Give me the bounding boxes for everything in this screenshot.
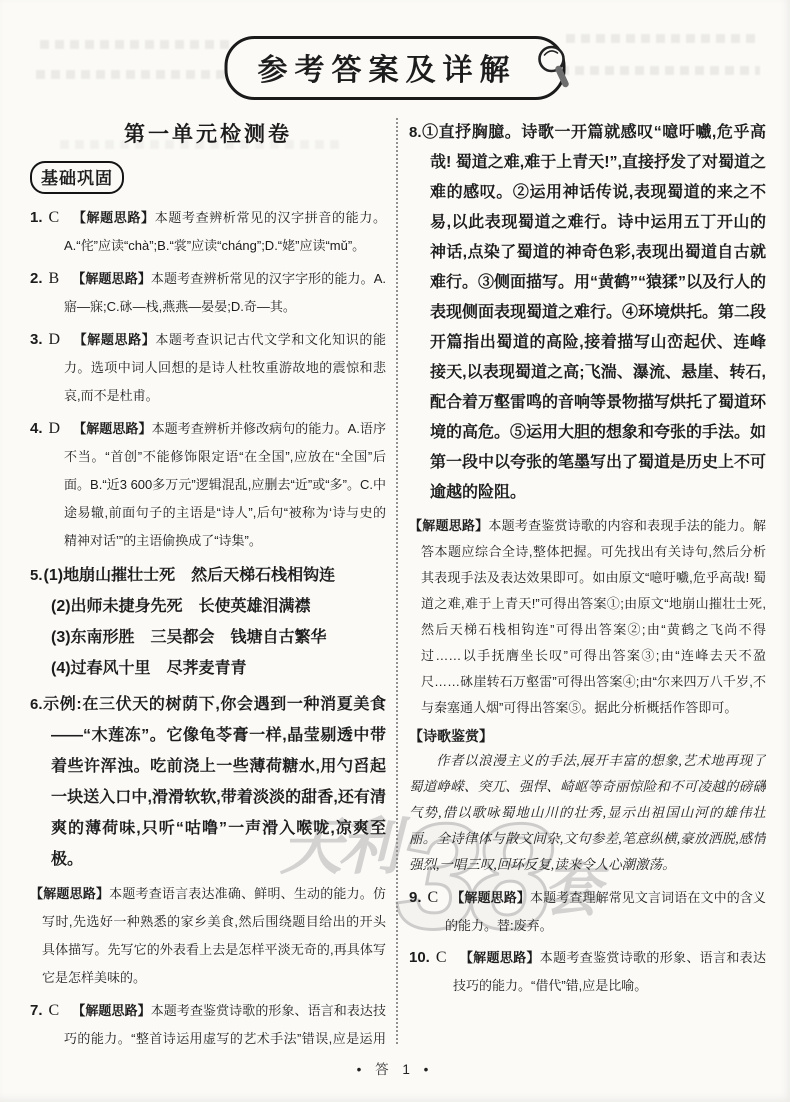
right-column: 8.①直抒胸臆。诗歌一开篇就感叹“噫吁嚱,危乎高哉! 蜀道之难,难于上青天!”,… xyxy=(409,118,766,1048)
bleedthrough-text xyxy=(40,40,230,49)
answer-item-7: 7.C【解题思路】本题考查鉴赏诗歌的形象、语言和表达技巧的能力。“整首诗运用虚写… xyxy=(30,997,386,1048)
answer-letter: D xyxy=(49,331,61,348)
answer-line: 5.(1)地崩山摧壮士死 然后天梯石栈相钩连 xyxy=(30,560,386,591)
explanation-label: 【解题思路】 xyxy=(409,518,488,533)
explanation-text: 本题考查辨析并修改病句的能力。A.语序不当。“首创”不能修饰限定语“在全国”,应… xyxy=(64,421,386,548)
answer-text: 示例:在三伏天的树荫下,你会遇到一种消夏美食——“木莲冻”。它像龟苓膏一样,晶莹… xyxy=(43,696,386,868)
question-number: 10. xyxy=(409,949,430,966)
bleedthrough-text xyxy=(560,66,760,75)
answer-item-5: 5.(1)地崩山摧壮士死 然后天梯石栈相钩连 (2)出师未捷身先死 长使英雄泪满… xyxy=(30,560,386,684)
page-footer: • 答 1 • xyxy=(0,1058,790,1078)
answer-item-1: 1.C【解题思路】本题考查辨析常见的汉字拼音的能力。A.“侘”应读“chà”;B… xyxy=(30,204,386,260)
answer-item-3: 3.D【解题思路】本题考查识记古代文学和文化知识的能力。选项中词人回想的是诗人杜… xyxy=(30,326,386,410)
answer-letter: C xyxy=(436,949,447,966)
answer-letter: D xyxy=(49,420,61,437)
answer-item-2: 2.B【解题思路】本题考查辨析常见的汉字字形的能力。A.寤—寐;C.砯—栈,燕燕… xyxy=(30,265,386,321)
answer-line: (3)东南形胜 三吴都会 钱塘自古繁华 xyxy=(30,622,386,653)
question-number: 3. xyxy=(30,331,43,348)
explanation-label: 【解题思路】 xyxy=(72,210,155,225)
question-number: 7. xyxy=(30,1002,43,1019)
left-column: 第一单元检测卷 基础巩固 1.C【解题思路】本题考查辨析常见的汉字拼音的能力。A… xyxy=(30,118,386,1048)
explanation-label: 【解题思路】 xyxy=(73,421,151,436)
question-number: 9. xyxy=(409,889,422,906)
question-number: 1. xyxy=(30,209,43,226)
answer-text: ①直抒胸臆。诗歌一开篇就感叹“噫吁嚱,危乎高哉! 蜀道之难,难于上青天!”,直接… xyxy=(422,124,766,501)
explanation-label: 【解题思路】 xyxy=(72,1003,151,1018)
magnifier-icon xyxy=(535,43,577,93)
answer-line: (2)出师未捷身先死 长使英雄泪满襟 xyxy=(30,591,386,622)
poetry-appreciation-heading: 【诗歌鉴赏】 xyxy=(409,726,766,746)
bleedthrough-text xyxy=(566,34,756,43)
answer-item-8-explanation: 【解题思路】本题考查鉴赏诗歌的内容和表现手法的能力。解答本题应综合全诗,整体把握… xyxy=(409,513,766,721)
section-badge: 基础巩固 xyxy=(30,161,124,194)
answer-letter: C xyxy=(49,209,60,226)
explanation-text: 本题考查鉴赏诗歌的内容和表现手法的能力。解答本题应综合全诗,整体把握。可先找出有… xyxy=(421,518,766,715)
answer-item-6: 6.示例:在三伏天的树荫下,你会遇到一种消夏美食——“木莲冻”。它像龟苓膏一样,… xyxy=(30,689,386,875)
question-number: 8. xyxy=(409,124,422,141)
page: 参考答案及详解 天利38套 第一单元检测卷 基础巩固 1.C【解题思路】本题考查… xyxy=(0,0,790,1102)
answer-letter: B xyxy=(49,270,60,287)
answer-item-6-explanation: 【解题思路】本题考查语言表达准确、鲜明、生动的能力。仿写时,先选好一种熟悉的家乡… xyxy=(30,880,386,992)
explanation-label: 【解题思路】 xyxy=(30,886,109,901)
page-title: 参考答案及详解 xyxy=(258,54,517,87)
explanation-label: 【解题思路】 xyxy=(460,950,540,965)
answer-line: (4)过春风十里 尽荠麦青青 xyxy=(30,653,386,684)
column-divider xyxy=(396,118,398,1044)
explanation-label: 【解题思路】 xyxy=(73,332,155,347)
question-number: 6. xyxy=(30,696,43,713)
poetry-appreciation-text: 作者以浪漫主义的手法,展开丰富的想象,艺术地再现了蜀道峥嵘、突兀、强悍、崎岖等奇… xyxy=(409,748,766,878)
question-number: 4. xyxy=(30,420,43,437)
answer-item-8: 8.①直抒胸臆。诗歌一开篇就感叹“噫吁嚱,危乎高哉! 蜀道之难,难于上青天!”,… xyxy=(409,118,766,508)
answer-text: (1)地崩山摧壮士死 然后天梯石栈相钩连 xyxy=(44,567,336,584)
answer-item-4: 4.D【解题思路】本题考查辨析并修改病句的能力。A.语序不当。“首创”不能修饰限… xyxy=(30,415,386,555)
answer-letter: C xyxy=(428,889,439,906)
explanation-label: 【解题思路】 xyxy=(72,271,151,286)
answer-item-9: 9.C【解题思路】本题考查理解常见文言词语在文中的含义的能力。替:废弃。 xyxy=(409,884,766,940)
question-number: 5. xyxy=(30,567,43,584)
answers-banner: 参考答案及详解 xyxy=(225,36,566,100)
answer-item-10: 10.C【解题思路】本题考查鉴赏诗歌的形象、语言和表达技巧的能力。“借代”错,应… xyxy=(409,944,766,1000)
explanation-label: 【解题思路】 xyxy=(451,890,530,905)
answer-letter: C xyxy=(49,1002,60,1019)
question-number: 2. xyxy=(30,270,43,287)
section-title: 第一单元检测卷 xyxy=(30,118,386,148)
bleedthrough-text xyxy=(36,70,241,79)
